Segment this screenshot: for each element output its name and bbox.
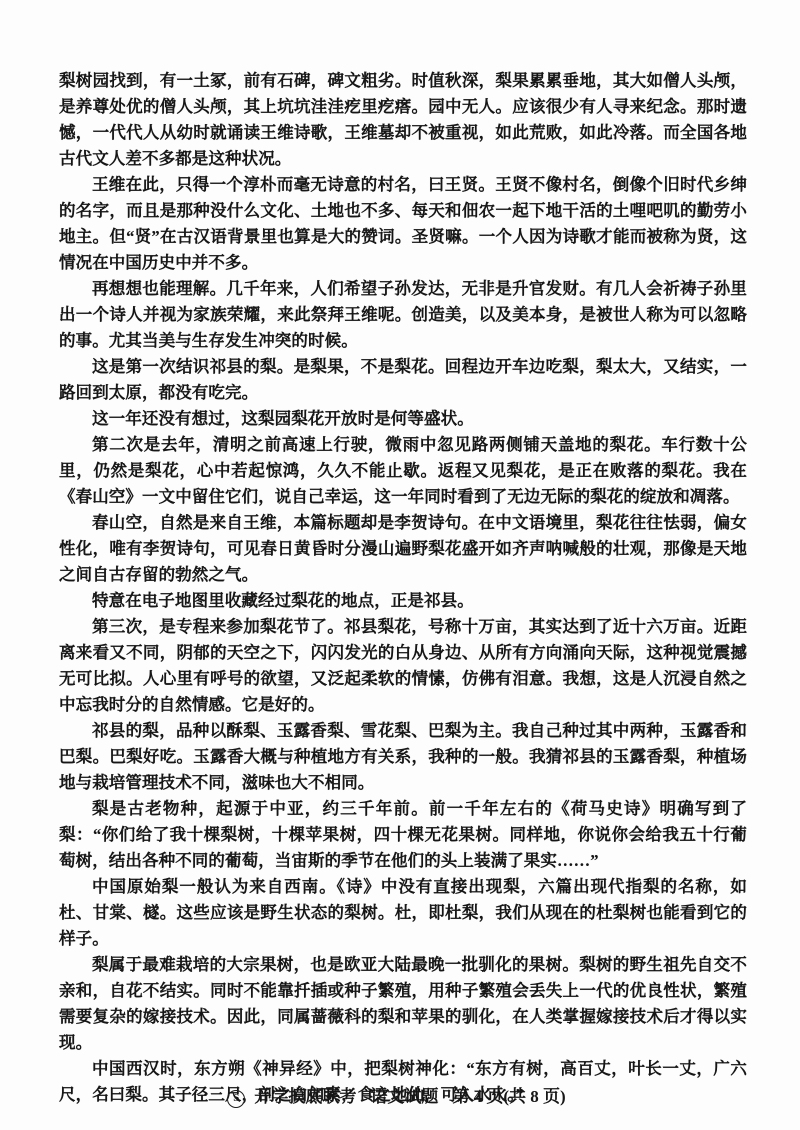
paragraph: 中国原始梨一般认为来自西南。《诗》中没有直接出现梨，六篇出现代指梨的名称，如杜、… bbox=[59, 874, 747, 952]
paragraph: 第三次，是专程来参加梨花节了。祁县梨花，号称十万亩，其实达到了近十六万亩。近距离… bbox=[59, 614, 747, 718]
paragraph: 这是第一次结识祁县的梨。是梨果，不是梨花。回程边开车边吃梨，梨太大，又结实，一路… bbox=[59, 354, 747, 406]
footer-page-number: 第 4 页(共 8 页) bbox=[452, 1087, 565, 1106]
paragraph: 第二次是去年，清明之前高速上行驶，微雨中忽见路两侧铺天盖地的梨花。车行数十公里，… bbox=[59, 432, 747, 510]
paragraph: 祁县的梨，品种以酥梨、玉露香梨、雪花梨、巴梨为主。我自己种过其中两种，玉露香和巴… bbox=[59, 718, 747, 796]
paragraph: 梨属于最难栽培的大宗果树，也是欧亚大陆最晚一批驯化的果树。梨树的野生祖先自交不亲… bbox=[59, 952, 747, 1056]
footer-exam-name: 开学摸底联考 bbox=[254, 1087, 356, 1106]
page-footer: S开学摸底联考语文试题第 4 页(共 8 页) bbox=[0, 1082, 800, 1108]
document-page: 梨树园找到，有一土冢，前有石碑，碑文粗劣。时值秋深，梨果累累垂地，其大如僧人头颅… bbox=[0, 0, 800, 1130]
paragraph: 春山空，自然是来自王维，本篇标题却是李贺诗句。在中文语境里，梨花往往怯弱，偏女性… bbox=[59, 510, 747, 588]
footer-subject: 语文试题 bbox=[370, 1087, 438, 1106]
paragraph: 梨树园找到，有一土冢，前有石碑，碑文粗劣。时值秋深，梨果累累垂地，其大如僧人头颅… bbox=[59, 68, 747, 172]
paragraph: 这一年还没有想过，这梨园梨花开放时是何等盛状。 bbox=[59, 406, 747, 432]
essay-body: 梨树园找到，有一土冢，前有石碑，碑文粗劣。时值秋深，梨果累累垂地，其大如僧人头颅… bbox=[59, 68, 747, 1108]
paragraph: 王维在此，只得一个淳朴而毫无诗意的村名，曰王贤。王贤不像村名，倒像个旧时代乡绅的… bbox=[59, 172, 747, 276]
paragraph: 再想想也能理解。几千年来，人们希望子孙发达，无非是升官发财。有几人会祈祷子孙里出… bbox=[59, 276, 747, 354]
paragraph: 特意在电子地图里收藏经过梨花的地点，正是祁县。 bbox=[59, 588, 747, 614]
circled-s-icon: S bbox=[227, 1090, 245, 1108]
paragraph: 梨是古老物种，起源于中亚，约三千年前。前一千年左右的《荷马史诗》明确写到了梨：“… bbox=[59, 796, 747, 874]
